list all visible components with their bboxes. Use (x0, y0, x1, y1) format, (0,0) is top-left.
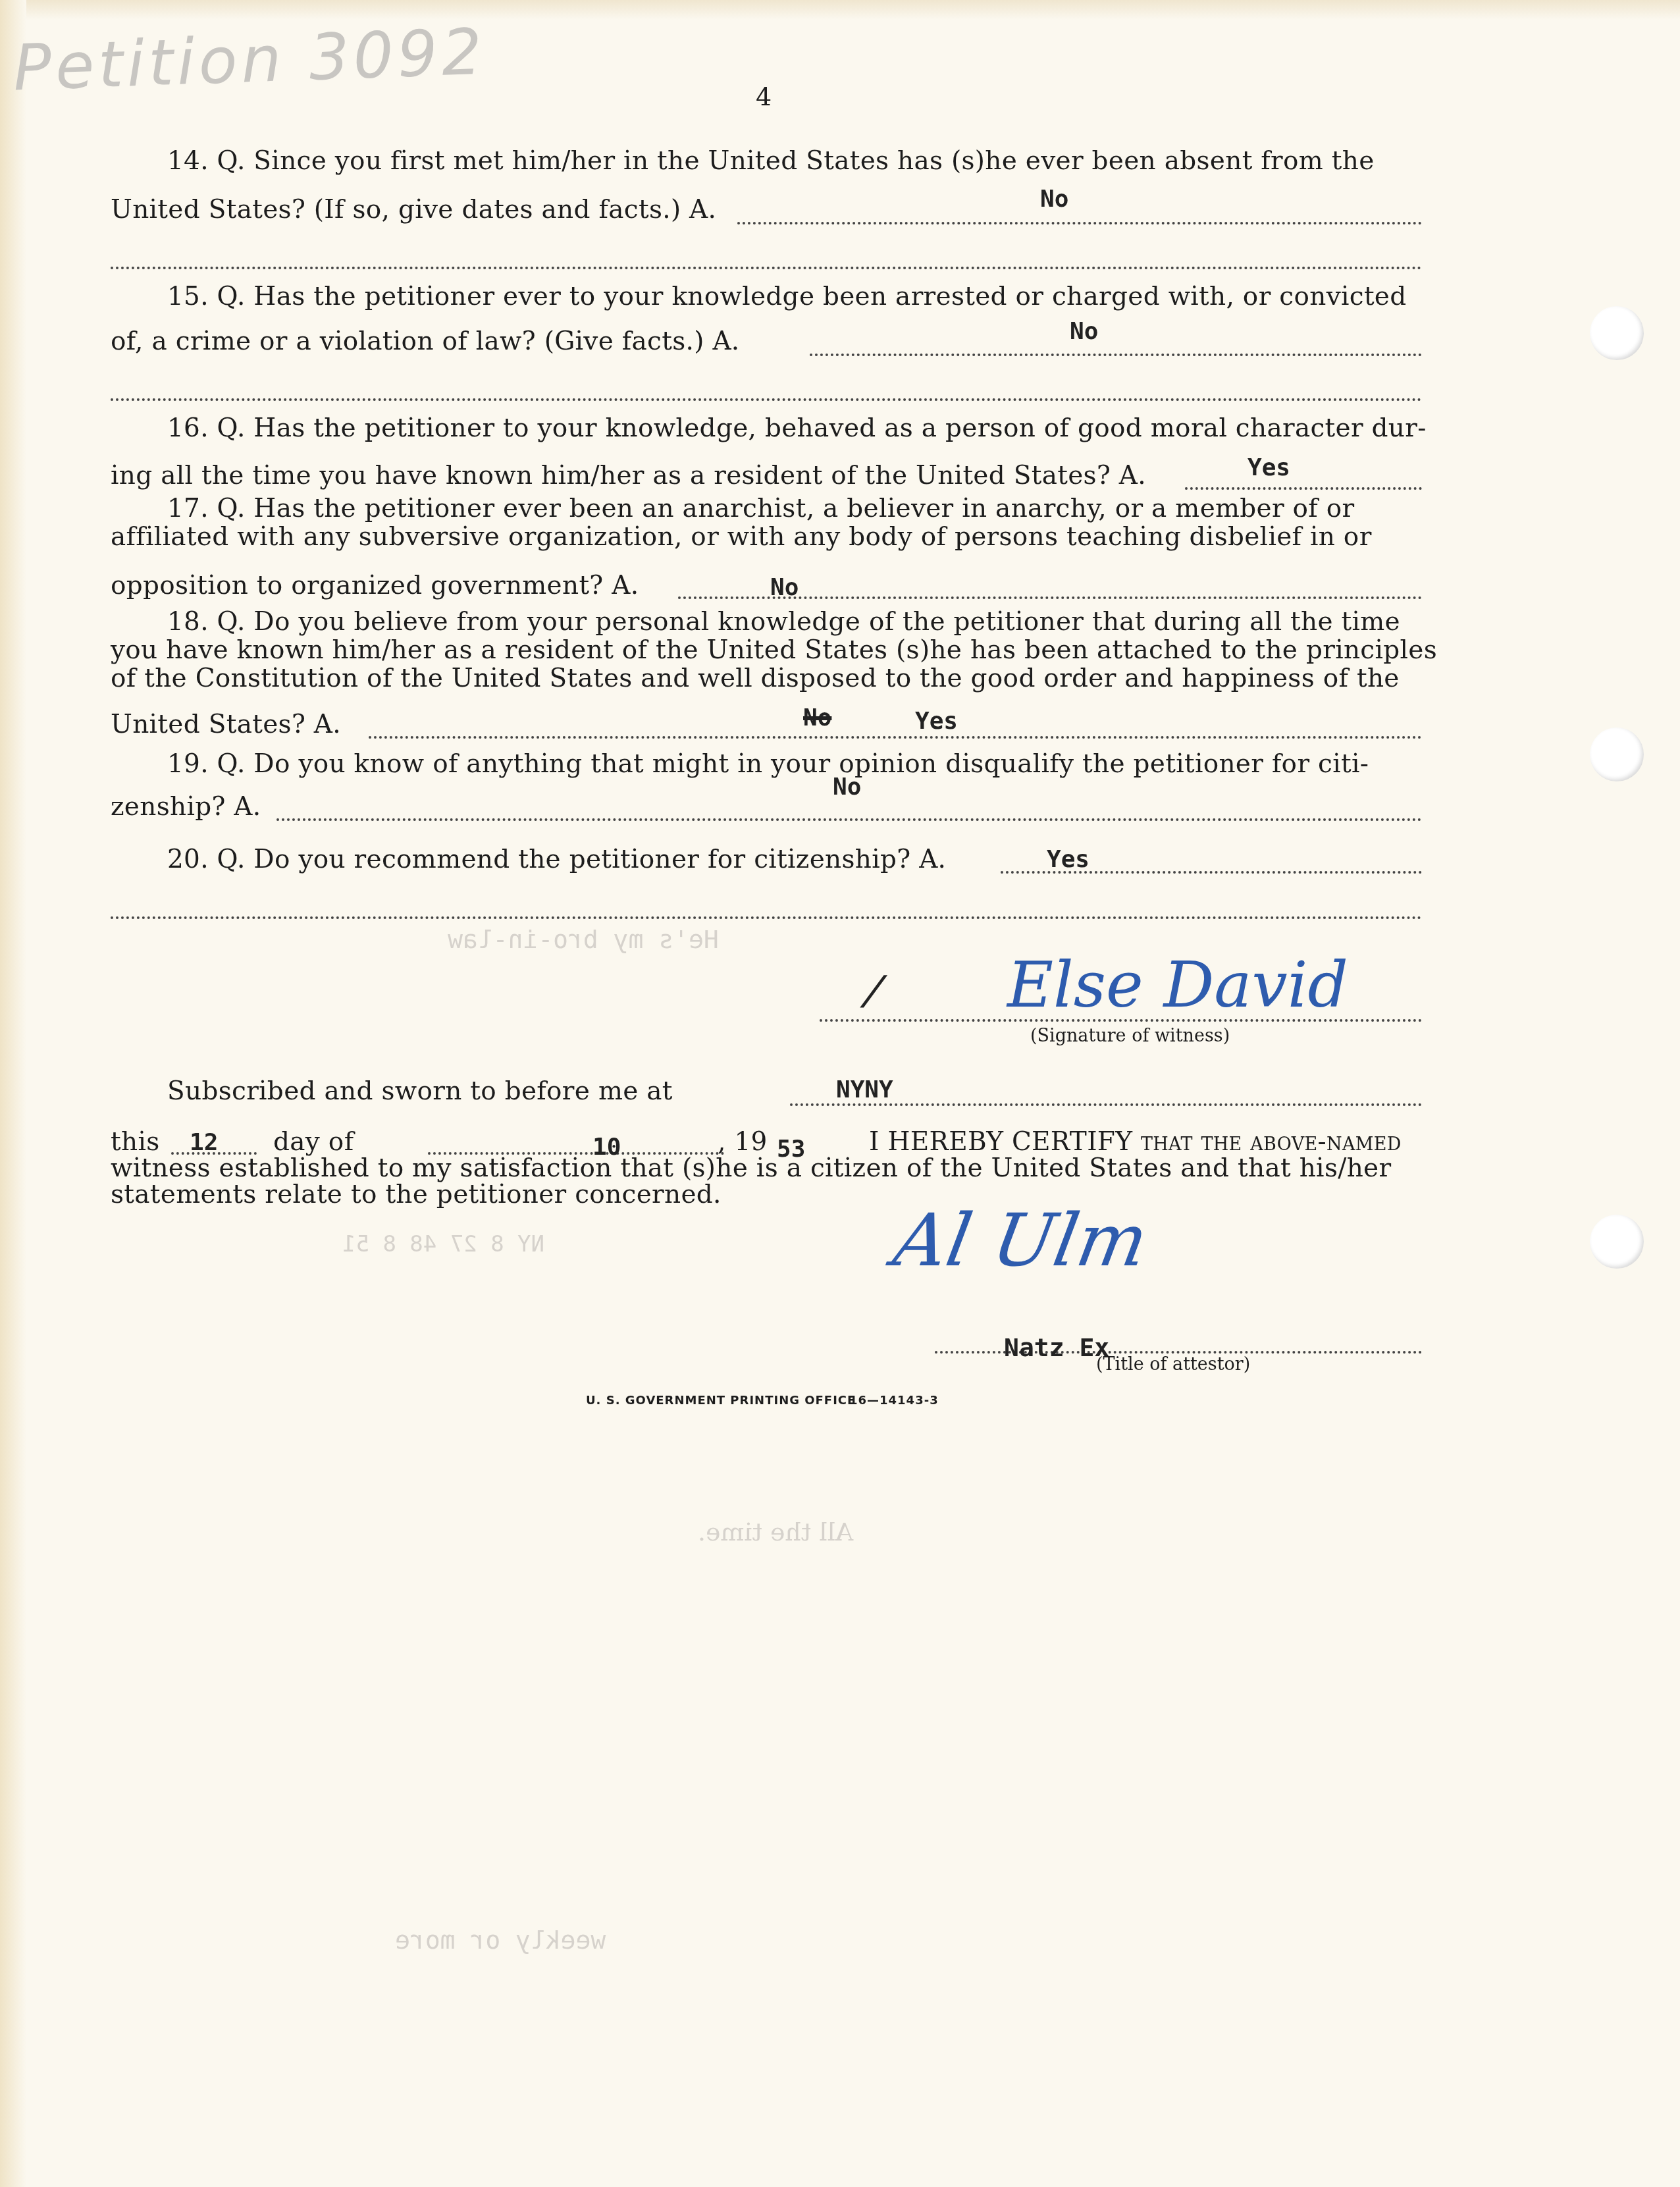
oath-year-prefix: , 19 (718, 1127, 768, 1157)
paper-edge-top (0, 0, 1680, 20)
question-15-line-2: of, a crime or a violation of law? (Give… (111, 327, 740, 356)
bleed-through-text: He's my bro-in-law (448, 925, 719, 954)
oath-this: this (111, 1127, 159, 1157)
question-18-line-1: 18. Q. Do you believe from your personal… (167, 607, 1400, 637)
bleed-through-text: NY 8 27 48 8 51 (342, 1231, 544, 1257)
form-code: 16—14143-3 (849, 1394, 939, 1408)
attestor-title: Natz Ex (1004, 1333, 1109, 1362)
punch-hole-top (1590, 306, 1644, 360)
signature-label: (Signature of witness) (1030, 1026, 1230, 1046)
answer-20: Yes (1047, 846, 1089, 873)
answer-14: No (1040, 186, 1068, 213)
question-16-line-1: 16. Q. Has the petitioner to your knowle… (167, 413, 1427, 443)
attestor-title-label: (Title of attestor) (1096, 1354, 1250, 1375)
answer-18-struck: No (803, 704, 831, 731)
oath-place: NYNY (836, 1076, 893, 1103)
answer-line (369, 736, 1422, 739)
signature-line (820, 1019, 1422, 1022)
paper-edge-left (0, 0, 26, 2187)
bleed-through-text: All the time. (698, 1517, 853, 1546)
bleed-through-text: weekly or more (395, 1926, 606, 1955)
punch-hole-bottom (1590, 1215, 1644, 1269)
question-14-line-2: United States? (If so, give dates and fa… (111, 195, 716, 224)
question-18-line-3: of the Constitution of the United States… (111, 664, 1400, 693)
question-20-line-1: 20. Q. Do you recommend the petitioner f… (167, 845, 946, 874)
answer-line (737, 222, 1422, 224)
attestor-signature: Al Ulm (888, 1198, 1154, 1282)
place-line (790, 1103, 1422, 1106)
answer-18: Yes (915, 708, 958, 735)
certify-line-2: witness established to my satisfaction t… (111, 1153, 1391, 1183)
answer-continuation-line (111, 398, 1422, 401)
answer-16: Yes (1247, 454, 1290, 481)
printer-imprint: U. S. GOVERNMENT PRINTING OFFICE (586, 1394, 856, 1408)
question-15-line-1: 15. Q. Has the petitioner ever to your k… (167, 282, 1407, 311)
question-16-line-2: ing all the time you have known him/her … (111, 461, 1146, 490)
answer-17: No (770, 574, 799, 601)
question-18-line-4: United States? A. (111, 710, 341, 739)
certify-line-3: statements relate to the petitioner conc… (111, 1180, 722, 1209)
certify-line-1: I HEREBY CERTIFY that the above-named (869, 1127, 1402, 1157)
answer-line (1185, 487, 1422, 490)
question-18-line-2: you have known him/her as a resident of … (111, 635, 1437, 665)
witness-mark: / (856, 968, 893, 1014)
answer-line (810, 354, 1422, 356)
question-19-line-1: 19. Q. Do you know of anything that migh… (167, 749, 1369, 779)
answer-19: No (833, 774, 861, 801)
oath-day-of: day of (273, 1127, 354, 1157)
punch-hole-middle (1590, 727, 1644, 781)
page-number: 4 (756, 82, 772, 111)
question-17-line-1: 17. Q. Has the petitioner ever been an a… (167, 494, 1355, 523)
answer-continuation-line (111, 916, 1422, 919)
oath-day: 12 (190, 1129, 218, 1156)
answer-15: No (1070, 318, 1098, 345)
pencil-annotation: Petition 3092 (12, 15, 486, 105)
question-17-line-3: opposition to organized government? A. (111, 571, 639, 600)
answer-line (276, 818, 1422, 821)
question-14-line-1: 14. Q. Since you first met him/her in th… (167, 146, 1375, 176)
answer-continuation-line (111, 267, 1422, 269)
question-19-line-2: zenship? A. (111, 792, 261, 822)
oath-subscribed: Subscribed and sworn to before me at (167, 1076, 673, 1106)
witness-signature: Else David (1007, 948, 1348, 1022)
question-17-line-2: affiliated with any subversive organizat… (111, 522, 1372, 552)
